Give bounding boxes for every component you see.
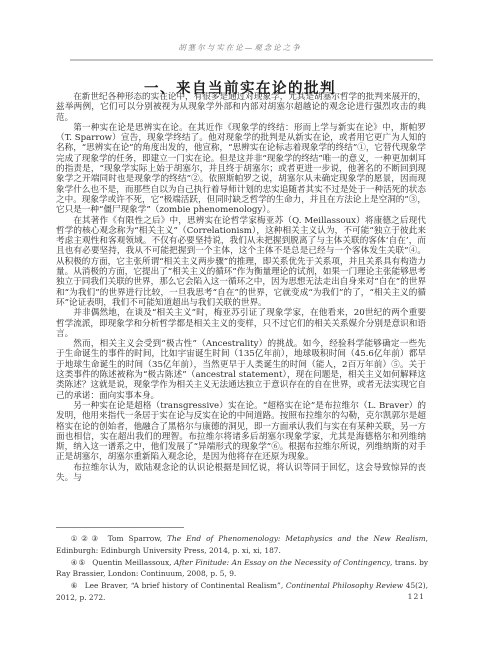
footnote-1-marker: ①②③ (71, 534, 108, 543)
paragraph-3: 在其著作《有限性之后》中，思辨实在论哲学家梅亚苏（Q. Meillassoux）… (56, 216, 426, 309)
paragraph-7: 布拉维尔认为，欧陆观念论的认识论根据是回忆说，将认识等同于回忆，这会导致惊异的丧… (56, 463, 426, 484)
footnote-2-text-before: Quentin Meillassoux, (92, 558, 174, 567)
footnote-3: ⑥Lee Braver, “A brief history of Contine… (56, 580, 428, 604)
footnote-3-text-before: Lee Braver, “A brief history of Continen… (85, 581, 286, 590)
scanned-paper-page: 胡塞尔与实在论—观念论之争 一、来自当前实在论的批判 在新世纪各种形态的实在论中… (0, 0, 480, 647)
paragraph-1: 在新世纪各种形态的实在论中，有很多是通过对现象学，尤其是胡塞尔哲学的批判来展开的… (56, 92, 426, 123)
header-rule (70, 59, 433, 61)
footnote-3-marker: ⑥ (71, 581, 85, 590)
page-number: 121 (408, 592, 425, 601)
footnote-1-text-before: Tom Sparrow, (108, 534, 167, 543)
paragraph-5: 然而，相关主义会受到“极古性”（Ancestrality）的挑战。如今，经验科学… (56, 339, 426, 401)
footnote-3-title: Continental Philosophy Review (286, 581, 403, 590)
footnotes: ①②③Tom Sparrow, The End of Phenomenology… (56, 533, 428, 604)
footnote-1-title: The End of Phenomenology: Metaphysics an… (167, 534, 426, 543)
footnote-separator-rule (56, 527, 184, 528)
footnote-1: ①②③Tom Sparrow, The End of Phenomenology… (56, 533, 428, 557)
footnote-2-marker: ④⑤ (71, 558, 92, 567)
paragraph-6: 另一种实在论是超格（transgressive）实在论。“超格实在论”是布拉维尔… (56, 401, 426, 463)
body-text: 在新世纪各种形态的实在论中，有很多是通过对现象学，尤其是胡塞尔哲学的批判来展开的… (56, 92, 426, 526)
running-head: 胡塞尔与实在论—观念论之争 (0, 42, 480, 53)
footnote-2: ④⑤Quentin Meillassoux, After Finitude: A… (56, 557, 428, 581)
paragraph-2: 第一种实在论是思辨实在论。在其近作《现象学的终结：形而上学与新实在论》中，斯帕罗… (56, 123, 426, 216)
footnote-2-title: After Finitude: An Essay on the Necessit… (174, 558, 390, 567)
paragraph-4: 并非偶然地，在谈及“相关主义”时，梅亚苏引证了现象学家，在他看来，20世纪的两个… (56, 308, 426, 339)
